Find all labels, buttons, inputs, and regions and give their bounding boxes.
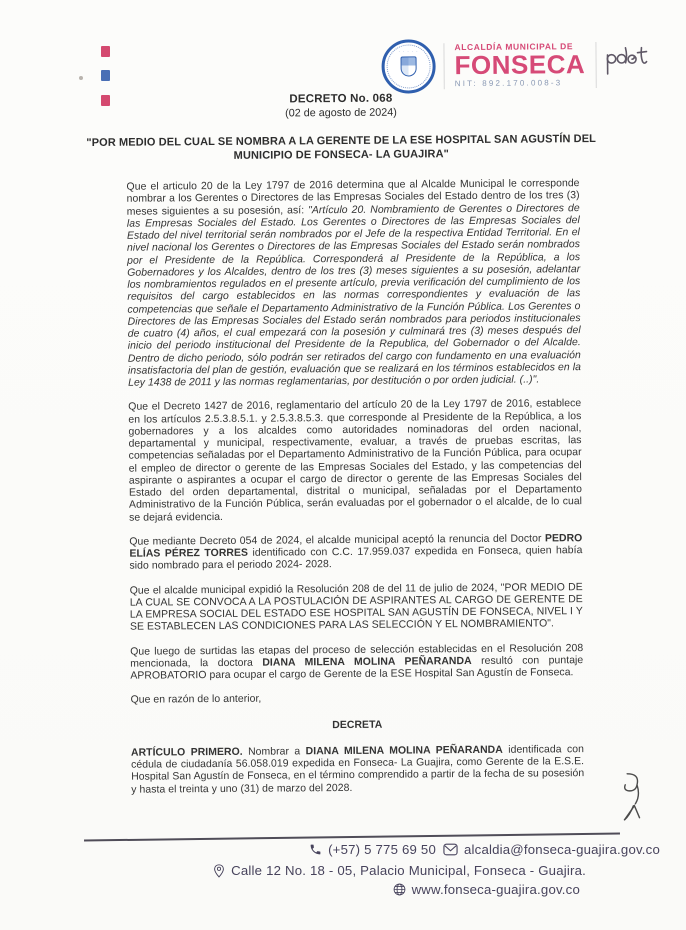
- brand-name: FONSECA: [454, 51, 585, 79]
- paragraph-decreto-054: Que mediante Decreto 054 de 2024, el alc…: [129, 533, 582, 573]
- location-pin-icon: [213, 864, 225, 878]
- brand-block: ALCALDÍA MUNICIPAL DE FONSECA NIT: 892.1…: [452, 42, 587, 89]
- decreta-heading: DECRETA: [131, 718, 584, 734]
- paragraph-articulo-primero: ARTÍCULO PRIMERO. Nombrar a DIANA MILENA…: [131, 744, 584, 797]
- pdet-logo-icon: [604, 42, 652, 88]
- paragraph-proceso-seleccion: Que luego de surtidas las etapas del pro…: [130, 643, 583, 683]
- globe-icon: [393, 883, 406, 896]
- logo-divider-left: [443, 43, 444, 89]
- footer-phone: (+57) 5 775 69 50: [328, 842, 436, 857]
- paragraph-resolucion-208: Que el alcalde municipal expidió la Reso…: [130, 582, 583, 635]
- paragraph-razon-anterior: Que en razón de lo anterior,: [131, 691, 584, 707]
- paragraph-ley-1797: Que el articulo 20 de la Ley 1797 de 201…: [126, 178, 581, 390]
- paragraph-decreto-1427: Que el Decreto 1427 de 2016, reglamentar…: [128, 398, 582, 524]
- decree-title: "POR MEDIO DEL CUAL SE NOMBRA A LA GEREN…: [81, 132, 601, 165]
- pen-mark: [603, 770, 650, 840]
- decree-page: · · · · · ALCALDÍA MUNICIPAL DE FONSECA …: [0, 0, 686, 930]
- phone-icon: [309, 843, 322, 856]
- email-icon: [443, 843, 458, 856]
- municipal-logo: · · · · · ALCALDÍA MUNICIPAL DE FONSECA …: [381, 38, 652, 94]
- footer-website: www.fonseca-guajira.gov.co: [412, 882, 580, 897]
- document-body: Que el articulo 20 de la Ley 1797 de 201…: [126, 178, 584, 808]
- logo-divider-right: [595, 42, 596, 88]
- brand-nit: NIT: 892.170.008-3: [455, 79, 586, 88]
- footer-contact: (+57) 5 775 69 50 alcaldia@fonseca-guaji…: [0, 842, 686, 897]
- decree-date: (02 de agosto de 2024): [0, 104, 684, 121]
- fonseca-seal-icon: · · · · ·: [381, 39, 435, 93]
- footer-email: alcaldia@fonseca-guajira.gov.co: [464, 842, 660, 857]
- footer-address: Calle 12 No. 18 - 05, Palacio Municipal,…: [231, 863, 586, 878]
